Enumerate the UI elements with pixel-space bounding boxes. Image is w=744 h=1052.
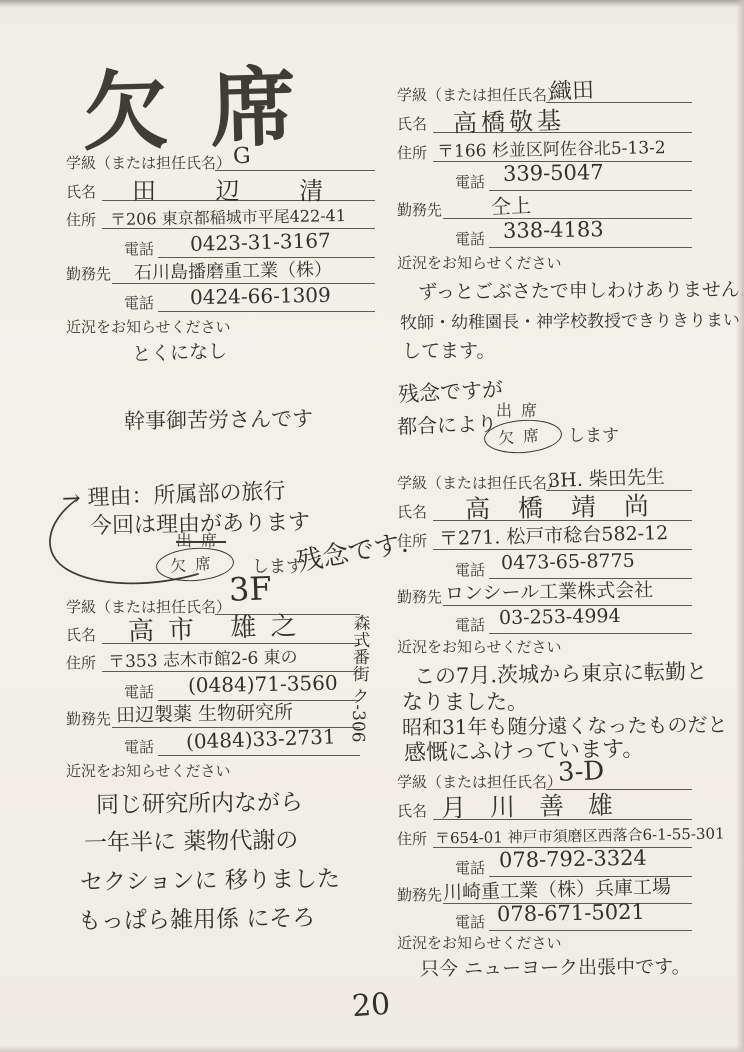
name-label: 氏名 — [397, 800, 427, 821]
scan-edge-bottom — [0, 1046, 744, 1052]
workplace-value: 石川島播磨重工業（株） — [134, 255, 332, 284]
phone-label: 電話 — [124, 681, 154, 702]
phone-label: 電話 — [455, 559, 485, 580]
address-label: 住所 — [66, 652, 96, 673]
news-prompt-label: 近況をお知らせください — [66, 316, 231, 337]
news-text: ずっとごぶさたで申しわけありません。 — [418, 275, 744, 305]
scan-edge-right — [736, 0, 744, 1052]
phone-line: 0423-31-3167 — [158, 232, 375, 258]
workplace-phone-line: (0484)33-2731 — [158, 730, 360, 756]
news-text: とくになし — [132, 336, 228, 366]
phone-label: 電話 — [455, 614, 485, 635]
workplace-phone-line: 0424-66-1309 — [158, 286, 375, 312]
workplace-value: ロンシール工業株式会社 — [445, 575, 654, 606]
workplace-value: 田辺製薬 生物研究所 — [116, 697, 293, 727]
class-line: 織田 — [546, 80, 692, 103]
news-text: 同じ研究所内ながら — [96, 784, 303, 820]
reason-note: 都合により — [397, 407, 498, 439]
phone-label: 電話 — [455, 911, 485, 932]
address-value: 〒353 志木市館2-6 東の — [108, 643, 298, 673]
phone-value: 078-792-3324 — [499, 846, 647, 873]
scanned-form-page: 欠席 学級（または担任氏名） G 氏名 田 辺 清 住所 〒206 東京都稲城市… — [0, 0, 744, 1052]
name-label: 氏名 — [66, 624, 96, 645]
workplace-phone-value: 03-253-4994 — [499, 605, 621, 629]
scan-edge-top — [0, 0, 744, 7]
news-text: セクションに 移りました — [80, 860, 340, 897]
name-line: 田 辺 清 — [102, 177, 375, 201]
workplace-label: 勤務先 — [66, 708, 111, 729]
name-label: 氏名 — [397, 501, 427, 522]
name-value: 田 辺 清 — [132, 171, 349, 206]
address-label: 住所 — [397, 828, 427, 849]
workplace-value: 仝上 — [491, 189, 532, 219]
news-text: 一年半に 薬物代謝の — [84, 822, 299, 858]
address-value: 〒654-01 神戸市須磨区西落合6-1-55-301 — [435, 822, 725, 848]
address-value: 〒271. 松戸市稔台582-12 — [439, 518, 669, 551]
phone-label: 電話 — [455, 171, 485, 192]
absent-option: 欠席 — [498, 427, 549, 447]
class-label: 学級（または担任氏名） — [66, 152, 231, 173]
phone-label: 電話 — [124, 238, 154, 259]
attendance-suffix: します — [568, 421, 619, 446]
name-line: 高 橋 靖 尚 — [433, 496, 692, 521]
address-value: 〒206 東京都稲城市平尾422-41 — [110, 203, 346, 230]
class-value: G — [233, 144, 251, 170]
news-text: 感慨にふけっています。 — [404, 732, 645, 767]
organizer-thanks-note: 幹事御苦労さんです — [124, 403, 313, 436]
workplace-label: 勤務先 — [397, 884, 442, 905]
phone-line: 0473-65-8775 — [489, 553, 692, 579]
name-value: 高橋敬基 — [453, 101, 566, 139]
workplace-phone-line: 078-671-5021 — [489, 905, 692, 931]
news-prompt-label: 近況をお知らせください — [66, 760, 231, 781]
workplace-phone-line: 338-4183 — [489, 222, 692, 248]
regret-note: 残念です. — [294, 523, 411, 579]
news-text: 牧師・幼稚園長・神学校教授できりきりまい — [400, 306, 740, 334]
workplace-label: 勤務先 — [397, 586, 442, 607]
page-number: 20 — [351, 987, 392, 1025]
name-line: 月 川 善 雄 — [433, 795, 692, 820]
address-label: 住所 — [66, 209, 96, 230]
phone-line: 339-5047 — [489, 165, 692, 191]
name-label: 氏名 — [66, 181, 96, 202]
name-line: 高市 雄之 — [102, 618, 360, 644]
workplace-phone-value: 0424-66-1309 — [190, 283, 331, 309]
address-line: 〒271. 松戸市稔台582-12 — [433, 525, 692, 550]
workplace-line: ロンシール工業株式会社 — [443, 581, 692, 606]
address-label: 住所 — [397, 142, 427, 163]
workplace-phone-value: (0484)33-2731 — [186, 724, 336, 753]
regret-note: 残念ですが — [397, 373, 503, 408]
phone-value: 339-5047 — [503, 160, 604, 186]
class-value: 3F — [228, 569, 272, 608]
workplace-line: 石川島播磨重工業（株） — [112, 259, 375, 284]
phone-label: 電話 — [124, 736, 154, 757]
name-label: 氏名 — [397, 113, 427, 134]
address-value: 〒166 杉並区阿佐谷北5-13-2 — [437, 133, 666, 162]
address-line: 〒353 志木市館2-6 東の — [102, 647, 360, 672]
phone-value: 0473-65-8775 — [501, 550, 635, 574]
name-value: 月 川 善 雄 — [441, 785, 621, 824]
workplace-phone-value: 078-671-5021 — [497, 900, 645, 927]
news-prompt-label: 近況をお知らせください — [397, 252, 562, 273]
phone-value: 0423-31-3167 — [190, 228, 331, 256]
address-vertical-value: 森式番街 ク-306 — [344, 614, 372, 814]
workplace-phone-value: 338-4183 — [503, 217, 604, 243]
class-value: 3-D — [557, 756, 604, 788]
address-line: 〒166 杉並区阿佐谷北5-13-2 — [433, 137, 692, 162]
workplace-label: 勤務先 — [397, 199, 442, 220]
phone-label: 電話 — [455, 228, 485, 249]
name-line: 高橋敬基 — [433, 108, 692, 133]
class-line: G — [215, 148, 375, 171]
workplace-line: 仝上 — [443, 194, 692, 219]
news-text: もっぱら雑用係 にそろ — [78, 899, 316, 935]
address-line: 〒206 東京都稲城市平尾422-41 — [102, 205, 375, 229]
attend-option: 出席 — [496, 398, 546, 421]
absent-option: 欠席 — [170, 555, 221, 575]
name-value: 高市 雄之 — [127, 605, 310, 648]
phone-value: (0484)71-3560 — [188, 671, 338, 698]
phone-label: 電話 — [455, 857, 485, 878]
news-text: してます。 — [402, 336, 495, 363]
workplace-phone-line: 03-253-4994 — [489, 608, 692, 634]
address-line: 〒654-01 神戸市須磨区西落合6-1-55-301 — [433, 823, 692, 848]
news-prompt-label: 近況をお知らせください — [397, 932, 562, 953]
address-label: 住所 — [397, 530, 427, 551]
news-text: 只今 ニューヨーク出張中です。 — [420, 952, 691, 981]
phone-label: 電話 — [124, 292, 154, 313]
news-prompt-label: 近況をお知らせください — [397, 636, 562, 657]
workplace-label: 勤務先 — [66, 263, 111, 284]
